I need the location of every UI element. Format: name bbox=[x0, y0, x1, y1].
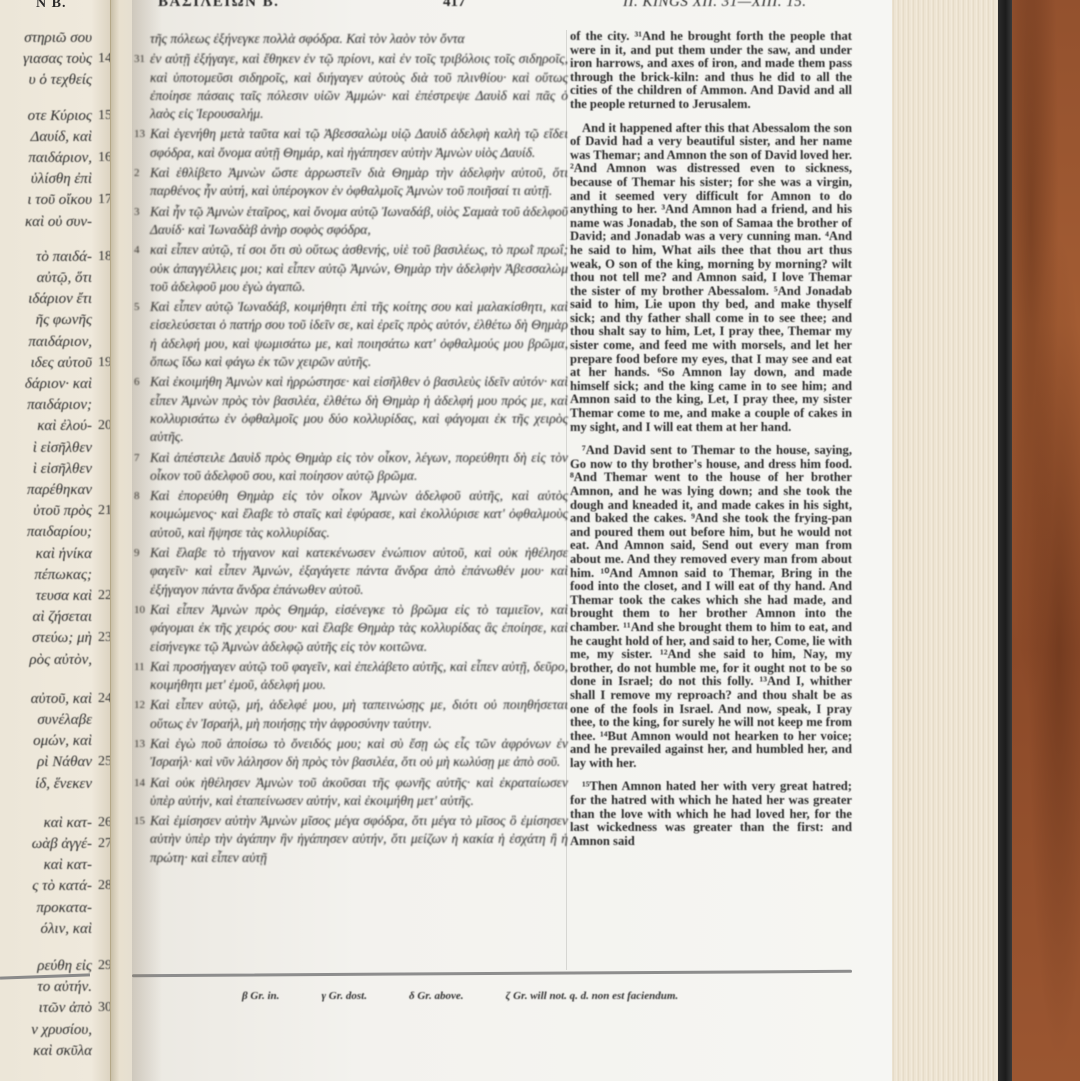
verse-number: 8 bbox=[134, 487, 140, 505]
greek-verse-text: Καὶ ἔλαβε τὸ τήγανον καὶ κατεκένωσεν ἐνώ… bbox=[150, 545, 568, 597]
running-head-greek-title: ΒΑΣΙΛΕΙΩΝ Β. bbox=[158, 0, 279, 11]
verse-number: 17 bbox=[92, 192, 112, 208]
greek-verse-text: Καὶ ἐγενήθη μετὰ ταῦτα καὶ τῷ Ἀβεσσαλὼμ … bbox=[150, 126, 568, 159]
greek-verse: 12Καὶ εἶπεν αὐτῷ, μή, ἀδελφέ μου, μὴ ταπ… bbox=[150, 696, 568, 733]
greek-verse: τῆς πόλεως ἐξήνεγκε πολλὰ σφόδρα. Καὶ τὸ… bbox=[150, 30, 568, 48]
left-page-line: ὐτοῦ πρὸς bbox=[33, 503, 92, 520]
column-divider bbox=[566, 30, 567, 970]
left-page-line: ι τοῦ οἴκου bbox=[27, 192, 92, 209]
greek-verse-text: Καὶ εἶπεν Ἀμνὼν πρὸς Θημάρ, εἰσένεγκε τὸ… bbox=[150, 602, 568, 654]
greek-verse-text: Καὶ εἶπεν αὐτῷ Ἰωναδάβ, κοιμήθητι ἐπὶ τῆ… bbox=[150, 299, 568, 369]
left-page-line: παιδάριον; bbox=[27, 397, 92, 414]
english-paragraph: ⁷And David sent to Themar to the house, … bbox=[570, 444, 852, 770]
left-page-line: γιασας τοὺς bbox=[23, 51, 92, 68]
left-page-line: ιδες αὐτοῦ bbox=[31, 355, 92, 372]
footnote: ζ Gr. will not. q. d. non est faciendum. bbox=[506, 990, 679, 1002]
left-page-line: ιδάριον ἔτι bbox=[28, 291, 92, 308]
verse-number: 23 bbox=[92, 630, 112, 646]
verse-number: 26 bbox=[92, 815, 112, 831]
right-page: ΒΑΣΙΛΕΙΩΝ Β. 417 II. KINGS XII. 31—XIII.… bbox=[132, 0, 892, 1081]
verse-number: 7 bbox=[134, 449, 140, 467]
english-paragraph: ¹⁵Then Amnon hated her with very great h… bbox=[570, 780, 852, 848]
left-page-line: τὸ παιδά- bbox=[36, 249, 92, 266]
left-page-line: ίδ, ἕνεκεν bbox=[35, 776, 92, 793]
verse-number: 12 bbox=[134, 696, 145, 714]
left-page-line: ρὸς αὐτὸν, bbox=[29, 652, 92, 669]
greek-verse: 13Καὶ ἐγὼ ποῦ ἀποίσω τὸ ὄνειδός μου; καὶ… bbox=[150, 735, 568, 772]
left-page-line: ὶ εἰσῆλθεν bbox=[33, 461, 92, 478]
footnote: δ Gr. above. bbox=[409, 990, 464, 1002]
left-page-line: ῆς φωνῆς bbox=[36, 312, 92, 329]
left-page-line: το αὐτήν. bbox=[37, 979, 92, 996]
verse-number: 29 bbox=[92, 958, 112, 974]
verse-number: 3 bbox=[134, 203, 140, 221]
left-page-line: στηριῶ σου bbox=[24, 30, 92, 47]
greek-verse-text: Καὶ ἐμίσησεν αὐτὴν Ἀμνὼν μῖσος μέγα σφόδ… bbox=[150, 813, 568, 865]
page-number: 417 bbox=[443, 0, 466, 11]
verse-number: 5 bbox=[134, 298, 140, 316]
left-page-line: παιδάριον, bbox=[28, 334, 92, 351]
left-page-line: καὶ κατ- bbox=[44, 815, 92, 832]
left-page-line: προκατα- bbox=[36, 900, 92, 917]
left-page-line: αὐτοῦ, καὶ bbox=[31, 691, 92, 708]
greek-verse: 11Καὶ προσήγαγεν αὐτῷ τοῦ φαγεῖν, καὶ ἐπ… bbox=[150, 658, 568, 695]
footnotes: β Gr. in.γ Gr. dost.δ Gr. above.ζ Gr. wi… bbox=[242, 990, 720, 1002]
left-page-line: αὶ ζήσεται bbox=[32, 609, 92, 626]
greek-verse-text: Καὶ ἐθλίβετο Ἀμνὼν ὥστε ἀρρωστεῖν διὰ Θη… bbox=[150, 165, 568, 198]
verse-number: 6 bbox=[134, 373, 140, 391]
greek-verse: 14Καὶ οὐκ ἠθέλησεν Ἀμνὼν τοῦ ἀκοῦσαι τῆς… bbox=[150, 774, 568, 811]
book-cover-edge bbox=[996, 0, 1012, 1081]
verse-number: 24 bbox=[92, 691, 112, 707]
greek-verse-text: Καὶ ἐπορεύθη Θημὰρ εἰς τὸν οἶκον Ἀμνὼν ἀ… bbox=[150, 488, 568, 540]
running-head-english-reference: II. KINGS XII. 31—XIII. 15. bbox=[623, 0, 806, 11]
greek-verse-text: καὶ εἶπεν αὐτῷ, τί σοι ὅτι σὺ οὕτως ἀσθε… bbox=[150, 242, 568, 294]
greek-verse-text: Καὶ ἐγὼ ποῦ ἀποίσω τὸ ὄνειδός μου; καὶ σ… bbox=[150, 736, 568, 769]
left-page-line: ρεύθη εἰς bbox=[37, 958, 92, 975]
left-page-line: συνέλαβε bbox=[37, 712, 92, 729]
greek-verse: 8Καὶ ἐπορεύθη Θημὰρ εἰς τὸν οἶκον Ἀμνὼν … bbox=[150, 487, 568, 542]
greek-verse: 5Καὶ εἶπεν αὐτῷ Ἰωναδάβ, κοιμήθητι ἐπὶ τ… bbox=[150, 298, 568, 371]
greek-verse: 15Καὶ ἐμίσησεν αὐτὴν Ἀμνὼν μῖσος μέγα σφ… bbox=[150, 812, 568, 867]
greek-verse: 4καὶ εἶπεν αὐτῷ, τί σοι ὅτι σὺ οὕτως ἀσθ… bbox=[150, 241, 568, 296]
footnote: γ Gr. dost. bbox=[321, 990, 367, 1002]
left-page-line: παιδάριον, bbox=[28, 150, 92, 167]
english-paragraph: of the city. ³¹And he brought forth the … bbox=[570, 30, 852, 112]
greek-verse-text: Καὶ ἐκοιμήθη Ἀμνὼν καὶ ἠρρώστησε· καὶ εἰ… bbox=[150, 374, 568, 444]
verse-number: 4 bbox=[134, 241, 140, 259]
left-page-line: ιτῶν ἀπὸ bbox=[39, 1000, 92, 1017]
verse-number: 13 bbox=[134, 125, 145, 143]
greek-verse: 3Καὶ ἦν τῷ Ἀμνὼν ἑταῖρος, καὶ ὄνομα αὐτῷ… bbox=[150, 203, 568, 240]
greek-verse: 7Καὶ ἀπέστειλε Δαυὶδ πρὸς Θημὰρ εἰς τὸν … bbox=[150, 449, 568, 486]
greek-text-column: τῆς πόλεως ἐξήνεγκε πολλὰ σφόδρα. Καὶ τὸ… bbox=[150, 30, 568, 980]
greek-verse-text: Καὶ εἶπεν αὐτῷ, μή, ἀδελφέ μου, μὴ ταπει… bbox=[150, 697, 568, 730]
left-page-line: καὶ οὐ συν- bbox=[25, 214, 92, 231]
left-page-line: ωὰβ ἀγγέ- bbox=[32, 836, 92, 853]
left-page-line: παρέθηκαν bbox=[27, 482, 92, 499]
greek-verse: 10Καὶ εἶπεν Ἀμνὼν πρὸς Θημάρ, εἰσένεγκε … bbox=[150, 601, 568, 656]
verse-number: 30 bbox=[92, 1000, 112, 1016]
left-page-line: παιδαρίου; bbox=[27, 524, 92, 541]
left-facing-page: Ν Β. στηριῶ σουγιασας τοὺς14υ ὁ τεχθείςο… bbox=[0, 0, 114, 1081]
verse-number: 10 bbox=[134, 601, 145, 619]
left-running-head: Ν Β. bbox=[36, 0, 66, 12]
greek-verse-text: Καὶ ἀπέστειλε Δαυὶδ πρὸς Θημὰρ εἰς τὸν ο… bbox=[150, 450, 568, 483]
left-page-line: πέπωκας; bbox=[34, 567, 92, 584]
verse-number: 28 bbox=[92, 878, 112, 894]
left-page-line: Δαυίδ, καὶ bbox=[31, 129, 92, 146]
left-page-line: ς τὸ κατά- bbox=[32, 878, 92, 895]
verse-number: 21 bbox=[92, 503, 112, 519]
left-page-line: οτε Κύριος bbox=[28, 108, 92, 125]
verse-number: 20 bbox=[92, 418, 112, 434]
greek-verse: 2Καὶ ἐθλίβετο Ἀμνὼν ὥστε ἀρρωστεῖν διὰ Θ… bbox=[150, 164, 568, 201]
page-edges-stack bbox=[890, 0, 998, 1081]
greek-verse-text: ἐν αὐτῇ ἐξήγαγε, καὶ ἔθηκεν ἐν τῷ πρίονι… bbox=[150, 51, 568, 121]
verse-number: 18 bbox=[92, 249, 112, 265]
left-page-line: δάριον· καὶ bbox=[25, 376, 92, 393]
verse-number: 9 bbox=[134, 544, 140, 562]
left-page-line: στεύω; μὴ bbox=[32, 630, 92, 647]
verse-number: 15 bbox=[92, 108, 112, 124]
greek-verse: 31ἐν αὐτῇ ἐξήγαγε, καὶ ἔθηκεν ἐν τῷ πρίο… bbox=[150, 50, 568, 123]
verse-number: 2 bbox=[134, 164, 140, 182]
verse-number: 14 bbox=[92, 51, 112, 67]
verse-number: 27 bbox=[92, 836, 112, 852]
left-page-line: καὶ κατ- bbox=[44, 857, 92, 874]
verse-number: 25 bbox=[92, 754, 112, 770]
left-page-line: καὶ ἡνίκα bbox=[36, 546, 92, 563]
verse-number: 15 bbox=[134, 812, 145, 830]
greek-verse: 9Καὶ ἔλαβε τὸ τήγανον καὶ κατεκένωσεν ἐν… bbox=[150, 544, 568, 599]
greek-verse-text: Καὶ προσήγαγεν αὐτῷ τοῦ φαγεῖν, καὶ ἐπελ… bbox=[150, 659, 568, 692]
left-page-line: ρὶ Νάθαν bbox=[37, 754, 92, 771]
verse-number: 19 bbox=[92, 355, 112, 371]
greek-verse-text: Καὶ οὐκ ἠθέλησεν Ἀμνὼν τοῦ ἀκοῦσαι τῆς φ… bbox=[150, 775, 568, 808]
english-text-column: of the city. ³¹And he brought forth the … bbox=[570, 30, 852, 980]
left-page-line: καὶ ἐλού- bbox=[37, 418, 92, 435]
greek-verse-text: τῆς πόλεως ἐξήνεγκε πολλὰ σφόδρα. Καὶ τὸ… bbox=[150, 31, 465, 46]
left-page-line: όλιν, καὶ bbox=[40, 921, 92, 938]
verse-number: 13 bbox=[134, 735, 145, 753]
greek-verse: 13Καὶ ἐγενήθη μετὰ ταῦτα καὶ τῷ Ἀβεσσαλὼ… bbox=[150, 125, 568, 162]
verse-number: 11 bbox=[134, 658, 145, 676]
greek-verse-text: Καὶ ἦν τῷ Ἀμνὼν ἑταῖρος, καὶ ὄνομα αὐτῷ … bbox=[150, 204, 568, 237]
footnote: β Gr. in. bbox=[242, 990, 279, 1002]
verse-number: 16 bbox=[92, 150, 112, 166]
verse-number: 31 bbox=[134, 50, 145, 68]
left-page-line: ὶ εἰσῆλθεν bbox=[33, 440, 92, 457]
greek-verse: 6Καὶ ἐκοιμήθη Ἀμνὼν καὶ ἠρρώστησε· καὶ ε… bbox=[150, 373, 568, 446]
book-gutter bbox=[110, 0, 132, 1081]
left-page-line: ὐλίσθη ἐπὶ bbox=[31, 171, 92, 188]
left-page-line: τευσα καὶ bbox=[36, 588, 92, 605]
left-page-line: αὐτῷ, ὅτι bbox=[37, 270, 92, 287]
left-page-line: ομών, καὶ bbox=[33, 733, 92, 750]
wooden-table-surface bbox=[1010, 0, 1080, 1081]
left-page-line: υ ὁ τεχθείς bbox=[29, 72, 92, 89]
running-head: ΒΑΣΙΛΕΙΩΝ Β. 417 II. KINGS XII. 31—XIII.… bbox=[158, 0, 862, 18]
verse-number: 22 bbox=[92, 588, 112, 604]
english-paragraph: And it happened after this that Abessalo… bbox=[570, 122, 852, 435]
verse-number: 14 bbox=[134, 774, 145, 792]
left-page-line: καὶ σκῦλα bbox=[33, 1043, 92, 1060]
left-page-line: ν χρυσίου, bbox=[31, 1022, 92, 1039]
